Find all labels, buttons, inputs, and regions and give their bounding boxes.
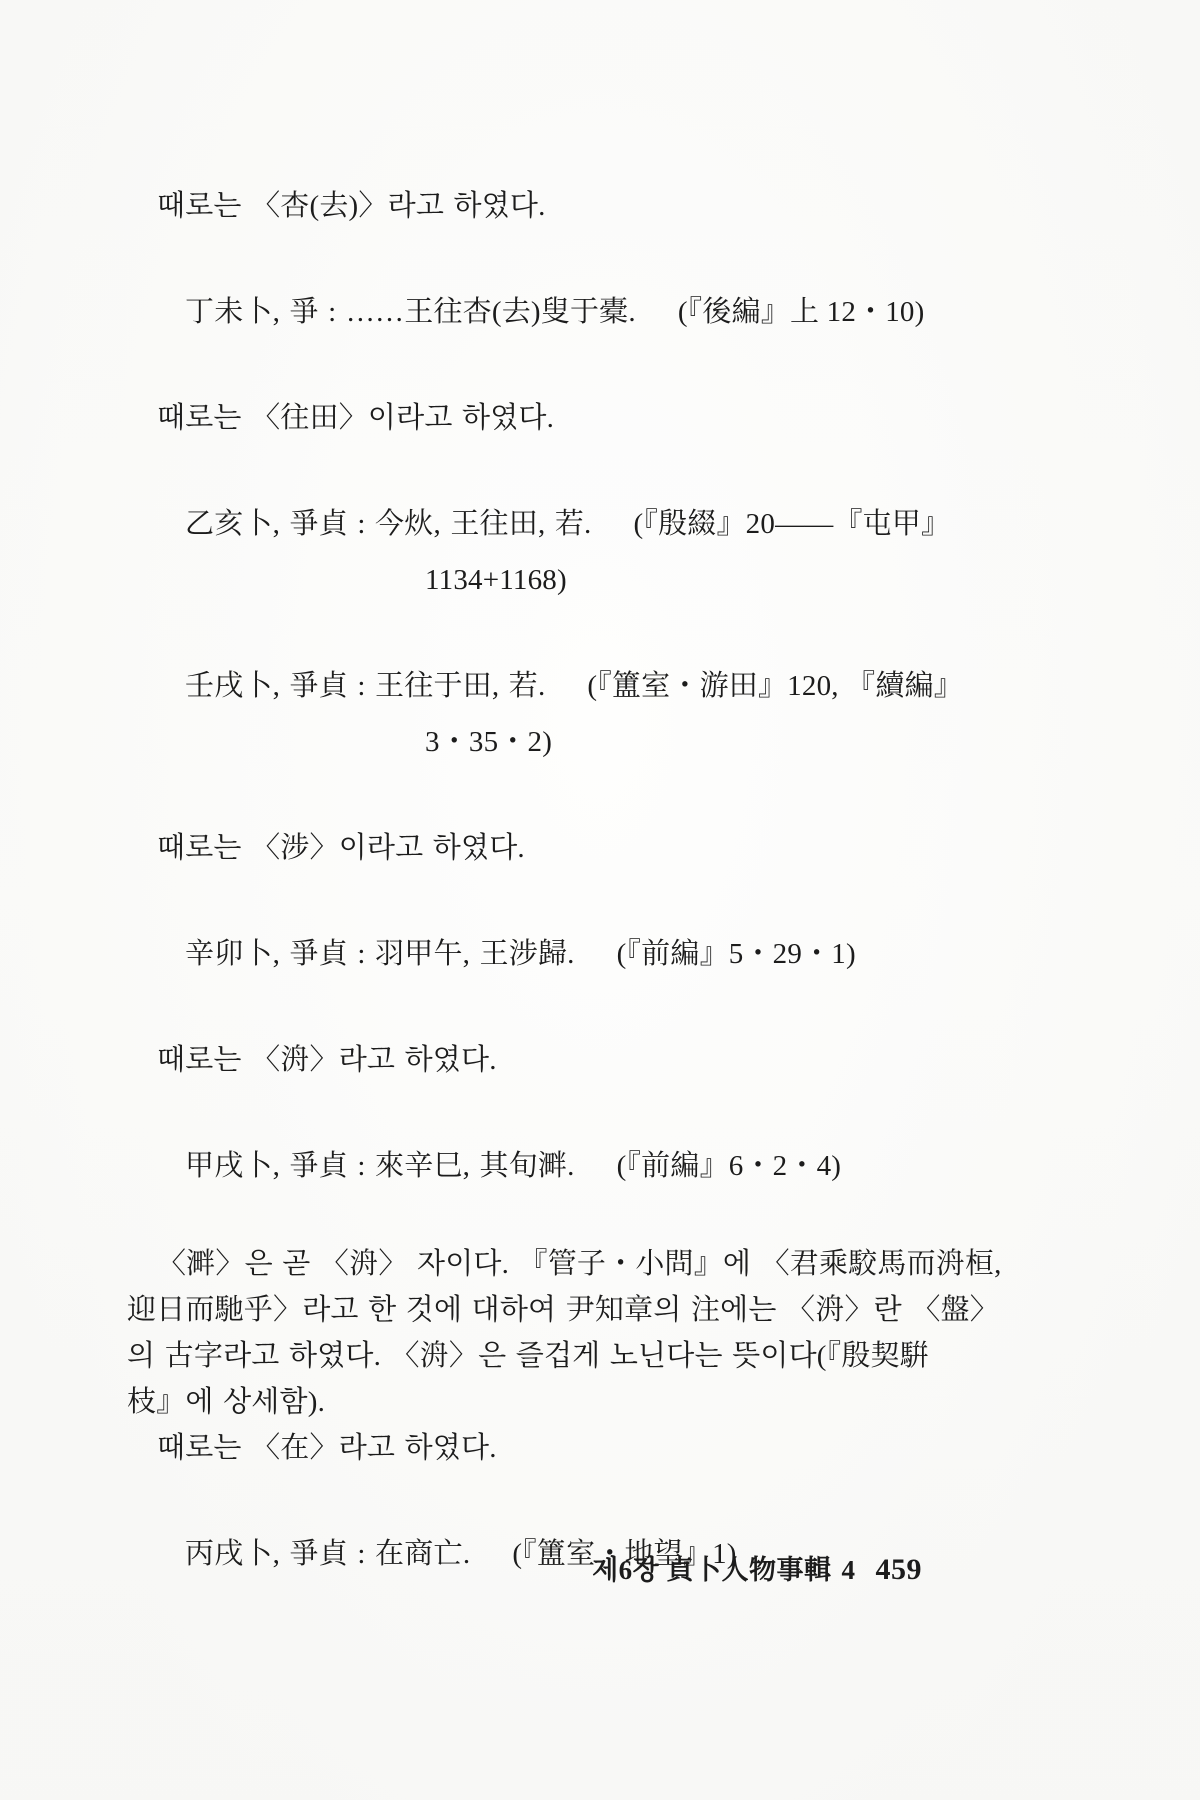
citation-continuation-line: 3・35・2): [127, 724, 963, 760]
line-text: 辛卯卜, 爭貞 : 羽甲午, 王涉歸.: [185, 938, 575, 970]
line-text: 甲戌卜, 爭貞 : 來辛巳, 其旬溿.: [185, 1150, 575, 1182]
source-citation: (『後編』上 12・10): [678, 294, 925, 330]
line-text: 때로는 〈杏(去)〉라고 하였다.: [157, 190, 546, 222]
text-block: 때로는 〈杏(去)〉라고 하였다.丁未卜, 爭 : ……王往杏(去)叟于橐.(『…: [127, 188, 963, 1572]
line-text: 迎日而馳乎〉라고 한 것에 대하여 尹知章의 注에는 〈洀〉란 〈盤〉: [127, 1294, 999, 1326]
line-text: 3・35・2): [425, 726, 552, 758]
oracle-inscription-line: 丁未卜, 爭 : ……王往杏(去)叟于橐.(『後編』上 12・10): [127, 294, 963, 330]
source-citation: (『殷綴』20——『屯甲』: [634, 506, 951, 542]
line-text: 때로는 〈在〉라고 하였다.: [157, 1432, 497, 1464]
source-citation: (『前編』6・2・4): [617, 1148, 842, 1184]
body-text-line: 때로는 〈杏(去)〉라고 하였다.: [127, 188, 963, 224]
line-text: 丙戌卜, 爭貞 : 在商亡𡆥.: [185, 1538, 470, 1570]
scanned-book-page: 때로는 〈杏(去)〉라고 하였다.丁未卜, 爭 : ……王往杏(去)叟于橐.(『…: [0, 0, 1200, 1800]
line-text: 丁未卜, 爭 : ……王往杏(去)叟于橐.: [185, 296, 636, 328]
oracle-inscription-line: 辛卯卜, 爭貞 : 羽甲午, 王涉歸.(『前編』5・29・1): [127, 936, 963, 972]
body-text-line: 때로는 〈在〉라고 하였다.: [127, 1430, 963, 1466]
source-citation: (『簠室・游田』120, 『續編』: [587, 668, 963, 704]
body-text-line: 때로는 〈洀〉라고 하였다.: [127, 1042, 963, 1078]
commentary-paragraph-line: 迎日而馳乎〉라고 한 것에 대하여 尹知章의 注에는 〈洀〉란 〈盤〉: [127, 1292, 963, 1328]
line-text: 의 古字라고 하였다. 〈洀〉은 즐겁게 노닌다는 뜻이다(『殷契騈: [127, 1340, 929, 1372]
line-text: 때로는 〈往田〉이라고 하였다.: [157, 402, 554, 434]
footer-volume: 4: [842, 1555, 856, 1585]
source-citation: (『前編』5・29・1): [617, 936, 856, 972]
footer-chapter-title: 제6장 貞卜人物事輯: [592, 1555, 831, 1585]
body-text-line: 때로는 〈涉〉이라고 하였다.: [127, 830, 963, 866]
citation-continuation-line: 1134+1168): [127, 562, 963, 598]
commentary-paragraph-line: 의 古字라고 하였다. 〈洀〉은 즐겁게 노닌다는 뜻이다(『殷契騈: [127, 1338, 963, 1374]
oracle-inscription-line: 壬戌卜, 爭貞 : 王往于田, 若.(『簠室・游田』120, 『續編』: [127, 668, 963, 704]
line-text: 壬戌卜, 爭貞 : 王往于田, 若.: [185, 670, 545, 702]
body-text-line: 때로는 〈往田〉이라고 하였다.: [127, 400, 963, 436]
line-text: 枝』에 상세함).: [127, 1386, 325, 1418]
oracle-inscription-line: 甲戌卜, 爭貞 : 來辛巳, 其旬溿.(『前編』6・2・4): [127, 1148, 963, 1184]
oracle-inscription-line: 乙亥卜, 爭貞 : 今炏, 王往田, 若.(『殷綴』20——『屯甲』: [127, 506, 963, 542]
line-text: 1134+1168): [425, 564, 567, 596]
commentary-paragraph-line: 〈溿〉은 곧 〈洀〉 자이다. 『管子・小問』에 〈君乘駮馬而洀桓,: [127, 1246, 963, 1282]
line-text: 〈溿〉은 곧 〈洀〉 자이다. 『管子・小問』에 〈君乘駮馬而洀桓,: [157, 1248, 1002, 1280]
footer-page-number: 459: [876, 1553, 923, 1586]
line-text: 때로는 〈洀〉라고 하였다.: [157, 1044, 497, 1076]
line-text: 乙亥卜, 爭貞 : 今炏, 王往田, 若.: [185, 508, 592, 540]
commentary-paragraph-line: 枝』에 상세함).: [127, 1384, 963, 1420]
page-footer: 제6장 貞卜人物事輯4459: [592, 1548, 922, 1587]
line-text: 때로는 〈涉〉이라고 하였다.: [157, 832, 525, 864]
